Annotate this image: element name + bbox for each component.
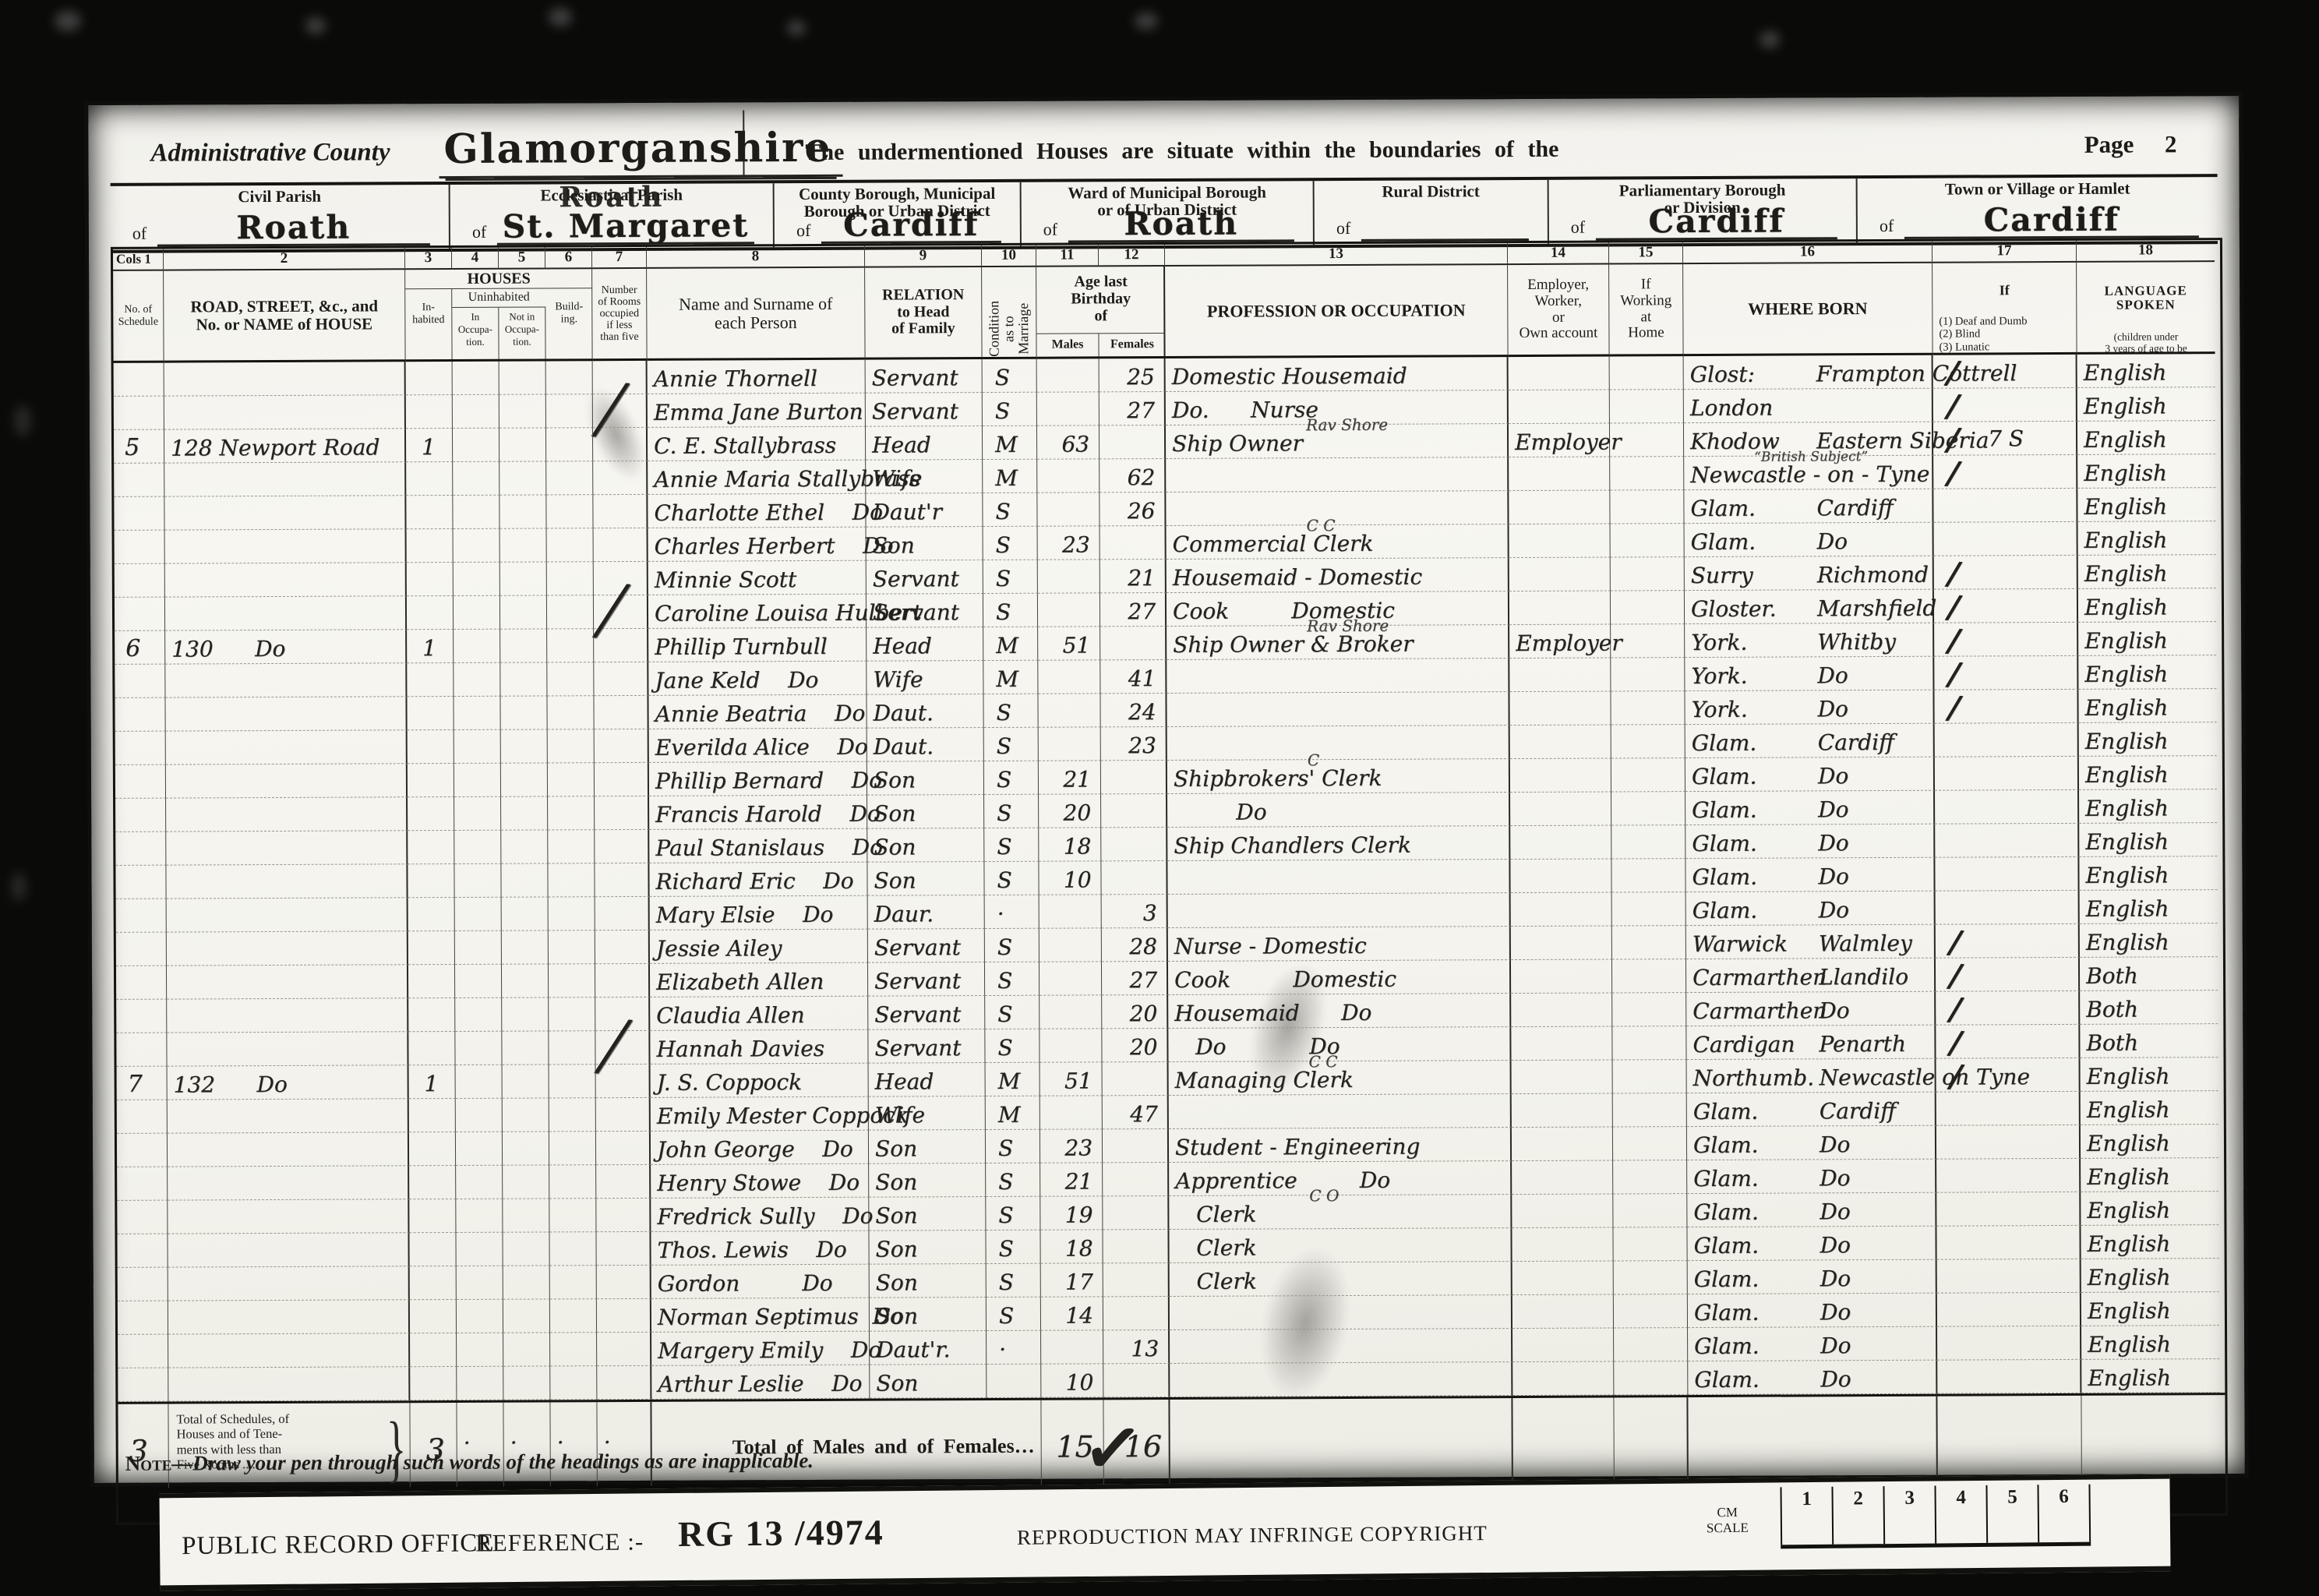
cell-uninhabited-occupied xyxy=(456,1199,503,1233)
column-number: 4 xyxy=(452,248,499,270)
cell-inhabited xyxy=(407,663,454,697)
district-county-borough: County Borough, Municipal Borough or Urb… xyxy=(775,182,1022,247)
cell-where-born: KhodowEastern Siberia“British Subject” xyxy=(1684,422,1933,457)
cell-working-at-home xyxy=(1611,624,1685,658)
cell-employer xyxy=(1512,1161,1613,1195)
district-town-or-village: Town or Village or HamletofCardiff xyxy=(1858,177,2218,242)
cell-inhabited xyxy=(408,730,454,764)
cell-age-male xyxy=(1039,928,1102,962)
film-artifact xyxy=(305,17,326,34)
cell-age-male xyxy=(1037,392,1099,425)
cell-address xyxy=(165,596,407,630)
cell-employer: Employer xyxy=(1509,625,1611,659)
cell-rooms xyxy=(596,1098,651,1132)
cell-age-female xyxy=(1103,1129,1169,1163)
cell-employer xyxy=(1509,357,1610,391)
cell-inhabited xyxy=(408,864,454,898)
cell-employer xyxy=(1509,491,1610,525)
age-title: Age last Birthday of xyxy=(1036,267,1165,334)
scale-cm-mark: 4 xyxy=(1934,1485,1986,1544)
cell-building xyxy=(546,428,593,461)
cell-age-male: 23 xyxy=(1038,526,1100,560)
cell-uninhabited-occupied xyxy=(457,1333,503,1367)
cell-employer xyxy=(1512,1295,1614,1329)
cell-age-male xyxy=(1038,593,1100,627)
cell-age-male: 10 xyxy=(1041,1364,1103,1397)
district-civil-parish: Civil ParishofRoath xyxy=(111,185,450,250)
district-rural-district: Rural Districtof xyxy=(1315,180,1549,245)
cell-working-at-home xyxy=(1612,1026,1686,1060)
cell-where-born: Glam.Do xyxy=(1687,1160,1936,1194)
cell-where-born: Glam.Do xyxy=(1685,523,1934,557)
reference-number: RG 13 /4974 xyxy=(678,1511,884,1555)
admin-county-label: Administrative County xyxy=(150,138,390,168)
cell-working-at-home xyxy=(1612,959,1686,993)
of-label: of xyxy=(132,224,146,244)
cell-relation: Servant xyxy=(868,929,985,963)
cell-age-female xyxy=(1100,526,1167,560)
col-header-age-group: Age last Birthday of Males Females xyxy=(1036,267,1166,359)
cell-condition: S xyxy=(987,1298,1041,1331)
cell-infirmity xyxy=(1935,723,2079,757)
col-header-name: Name and Surname of each Person xyxy=(647,268,866,361)
cell-schedule xyxy=(117,1134,168,1167)
cell-condition: M xyxy=(983,460,1037,493)
houses-title: HOUSES xyxy=(405,269,592,289)
cell-condition: S xyxy=(986,1231,1040,1264)
cell-schedule: 7 xyxy=(117,1067,168,1100)
cell-address xyxy=(166,831,408,865)
cell-age-female: 41 xyxy=(1100,660,1167,694)
cell-age-female: 3 xyxy=(1102,895,1168,928)
cell-profession: Cook Domestic xyxy=(1168,960,1511,995)
cell-name: Gordon Do xyxy=(651,1265,870,1299)
cell-address xyxy=(165,563,407,597)
cell-infirmity xyxy=(1937,1259,2081,1294)
cell-uninhabited-not xyxy=(500,696,547,729)
cell-building xyxy=(549,1232,596,1266)
col-header-condition: Condition as to Marriage xyxy=(982,267,1037,359)
cell-rooms xyxy=(593,461,648,495)
cell-employer xyxy=(1510,793,1611,827)
cell-address xyxy=(167,898,408,932)
cell-where-born: Glost:Frampton Cottrell xyxy=(1684,355,1933,390)
cell-profession: ClerkC O xyxy=(1169,1195,1512,1230)
cell-profession xyxy=(1170,1362,1512,1397)
cell-language: English xyxy=(2081,1292,2219,1326)
infirmity-list: (1) Deaf and Dumb (2) Blind (3) Lunatic … xyxy=(1932,315,2076,355)
cell-language: English xyxy=(2080,890,2218,924)
cell-uninhabited-not xyxy=(500,562,547,595)
cell-inhabited xyxy=(407,697,454,730)
cell-name: Emily Mester Coppock xyxy=(651,1097,869,1132)
cell-rooms xyxy=(593,495,648,528)
cell-name: Annie Thornell xyxy=(648,360,866,394)
uninhabited-title: Uninhabited xyxy=(452,288,545,308)
scale-cm-mark: 5 xyxy=(1985,1485,2038,1543)
admin-county-box: Administrative County Glamorganshire xyxy=(127,110,744,178)
census-sheet: Administrative County Glamorganshire The… xyxy=(84,92,2249,1487)
cell-schedule xyxy=(117,1100,168,1134)
footer-strip: PUBLIC RECORD OFFICE REFERENCE :- RG 13 … xyxy=(159,1474,2170,1591)
cell-uninhabited-not xyxy=(502,897,549,930)
cell-rooms: ╱ xyxy=(593,394,648,428)
cell-infirmity: / xyxy=(1934,656,2078,690)
cell-profession: Nurse - Domestic xyxy=(1168,927,1511,962)
cell-age-female: 13 xyxy=(1103,1330,1170,1364)
cell-rooms xyxy=(596,1199,651,1232)
totals-empty-15 xyxy=(1614,1397,1688,1481)
cell-condition: M xyxy=(983,627,1038,661)
cell-age-male xyxy=(1039,995,1102,1029)
cell-profession xyxy=(1167,692,1509,727)
cell-condition: M xyxy=(983,426,1037,460)
cell-language: English xyxy=(2081,1326,2219,1360)
cell-condition: S xyxy=(984,795,1039,828)
cell-address xyxy=(168,1166,409,1200)
cell-age-male xyxy=(1038,660,1100,694)
cell-language: English xyxy=(2079,823,2217,857)
cell-employer xyxy=(1512,1128,1613,1162)
cell-infirmity xyxy=(1936,891,2080,925)
cell-uninhabited-not xyxy=(501,729,548,763)
cell-working-at-home xyxy=(1613,1093,1687,1127)
film-artifact xyxy=(1135,12,1158,30)
cell-working-at-home xyxy=(1613,1127,1687,1160)
column-number: 9 xyxy=(865,245,982,268)
cell-uninhabited-occupied xyxy=(456,1099,503,1132)
cell-inhabited: 1 xyxy=(406,429,453,462)
column-headers-row: No. of Schedule ROAD, STREET, &c., and N… xyxy=(113,262,2220,363)
col-header-profession: PROFESSION OR OCCUPATION xyxy=(1165,265,1509,358)
cell-age-female xyxy=(1103,1196,1169,1230)
cell-uninhabited-occupied xyxy=(455,898,502,931)
cell-profession: Clerk xyxy=(1170,1262,1512,1297)
film-artifact xyxy=(55,11,81,31)
cell-relation: Wife xyxy=(866,460,983,494)
cell-address xyxy=(166,797,408,832)
cell-language: English xyxy=(2078,521,2216,556)
cell-building xyxy=(547,595,594,629)
cell-address xyxy=(165,529,407,563)
film-artifact xyxy=(11,873,26,901)
cell-profession: Domestic Housemaid xyxy=(1166,357,1509,392)
cell-working-at-home xyxy=(1613,1060,1687,1093)
cell-inhabited xyxy=(409,1166,456,1199)
cell-condition: S xyxy=(983,594,1038,627)
cell-name: Jessie Ailey xyxy=(650,930,868,964)
cell-profession: Ship Owner & BrokerRav Shore xyxy=(1167,625,1509,660)
cell-profession xyxy=(1167,726,1510,761)
cell-profession xyxy=(1170,1329,1512,1364)
cell-relation: Daur. xyxy=(868,895,985,930)
cell-age-female xyxy=(1103,1230,1169,1263)
cell-inhabited xyxy=(408,931,455,965)
cell-rooms xyxy=(596,1132,651,1165)
cell-employer xyxy=(1512,1094,1613,1128)
cell-uninhabited-not xyxy=(499,495,546,528)
cell-age-female xyxy=(1101,828,1167,861)
cell-uninhabited-occupied xyxy=(454,764,501,797)
cell-schedule xyxy=(115,732,166,765)
cell-age-female: 27 xyxy=(1102,962,1168,995)
cell-name: John George Do xyxy=(651,1131,869,1165)
admin-county-value: Glamorganshire xyxy=(439,124,842,178)
cell-language: Both xyxy=(2080,957,2218,991)
cell-working-at-home xyxy=(1611,725,1685,758)
cell-working-at-home xyxy=(1611,758,1685,792)
cell-infirmity xyxy=(1936,1125,2081,1160)
cell-address xyxy=(167,931,408,966)
cell-condition: M xyxy=(986,1063,1040,1096)
cell-name: Emma Jane Burton xyxy=(648,394,866,428)
cell-employer xyxy=(1512,1329,1614,1363)
cell-relation: Head xyxy=(866,426,983,461)
cell-infirmity xyxy=(1936,1159,2081,1193)
cell-inhabited xyxy=(408,797,454,831)
cell-condition xyxy=(987,1365,1041,1398)
cell-language: English xyxy=(2080,923,2218,958)
cell-uninhabited-not xyxy=(503,1199,549,1232)
cell-condition: S xyxy=(984,862,1039,895)
cell-infirmity: / xyxy=(1933,455,2077,489)
cell-language: English xyxy=(2079,789,2217,824)
cell-uninhabited-occupied xyxy=(456,1166,503,1199)
cell-building xyxy=(546,394,593,428)
cell-where-born: York.Whitby xyxy=(1685,623,1934,658)
cell-schedule xyxy=(115,698,165,732)
cell-employer xyxy=(1510,759,1611,793)
cell-name: Margery Emily Do xyxy=(651,1332,870,1366)
cell-relation: Son xyxy=(869,1130,986,1164)
cell-where-born: Glam.Do xyxy=(1687,1193,1936,1227)
cell-infirmity: / xyxy=(1936,924,2080,959)
cell-name: Annie Beatria Do xyxy=(648,695,867,729)
cell-building xyxy=(549,997,595,1031)
cell-relation: Head xyxy=(867,627,983,662)
cell-infirmity xyxy=(1935,790,2079,824)
cell-uninhabited-occupied xyxy=(455,931,502,965)
cell-condition: S xyxy=(984,728,1039,761)
col-header-building: Build- ing. xyxy=(545,288,592,358)
col-header-where-born: WHERE BORN xyxy=(1683,263,1933,356)
cell-name: Minnie Scott xyxy=(648,561,867,595)
cell-working-at-home xyxy=(1612,892,1686,926)
cell-rooms xyxy=(594,662,648,696)
col-header-infirmity: If (1) Deaf and Dumb (2) Blind (3) Lunat… xyxy=(1932,263,2077,355)
cell-language: English xyxy=(2079,756,2217,790)
cell-schedule xyxy=(117,1167,168,1201)
undermentioned-text: The undermentioned Houses are situate wi… xyxy=(805,136,1558,166)
cell-age-male: 20 xyxy=(1039,794,1101,828)
cell-age-female xyxy=(1099,425,1166,459)
cell-address xyxy=(168,1300,410,1334)
cell-address xyxy=(164,496,406,530)
district-value-line: St. Margaret xyxy=(497,210,754,245)
cell-uninhabited-occupied xyxy=(455,965,502,998)
cell-building xyxy=(548,863,595,897)
cell-working-at-home xyxy=(1612,926,1686,959)
of-label: of xyxy=(1571,217,1585,238)
col-header-males: Males xyxy=(1036,333,1099,356)
cell-age-male xyxy=(1040,1096,1103,1129)
cell-working-at-home xyxy=(1611,557,1685,591)
cell-language: English xyxy=(2077,421,2215,455)
cell-inhabited xyxy=(407,563,454,596)
cell-condition: S xyxy=(983,694,1038,728)
district-value: Cardiff xyxy=(1648,203,1784,241)
cell-uninhabited-not xyxy=(502,930,549,964)
note-line: Note—Draw your pen through such words of… xyxy=(125,1449,814,1476)
cell-age-female: 24 xyxy=(1100,694,1167,727)
cell-uninhabited-occupied xyxy=(454,730,501,764)
scale-cm-mark: 3 xyxy=(1883,1486,1935,1545)
cell-schedule xyxy=(115,799,166,832)
cell-building xyxy=(548,796,595,830)
totals-empty-17 xyxy=(1937,1396,2081,1481)
cell-infirmity: / xyxy=(1933,355,2077,389)
cell-address xyxy=(164,395,406,429)
film-artifact xyxy=(14,405,31,436)
note-text: —Draw your pen through such words of the… xyxy=(171,1449,814,1475)
cell-building xyxy=(549,1199,596,1232)
census-table: Cols 123456789101112131415161718 No. of … xyxy=(111,238,2228,1525)
cell-infirmity: / xyxy=(1936,1025,2080,1059)
cell-relation: Servant xyxy=(868,996,985,1030)
cell-name: Richard Eric Do xyxy=(649,863,867,897)
cell-condition: · xyxy=(985,895,1039,929)
cell-rooms xyxy=(594,629,648,662)
cell-where-born: Glam.Do xyxy=(1688,1361,1937,1395)
cell-age-male: 10 xyxy=(1039,861,1101,895)
cell-employer xyxy=(1512,1228,1613,1262)
cell-inhabited xyxy=(408,898,455,931)
language-title: LANGUAGE SPOKEN xyxy=(2077,284,2215,312)
cell-rooms xyxy=(597,1266,651,1299)
cell-rooms: ╱ xyxy=(595,1031,650,1065)
cell-building xyxy=(547,562,594,595)
cell-relation: Son xyxy=(867,795,984,829)
cell-infirmity: / xyxy=(1936,1058,2081,1093)
cell-schedule xyxy=(116,933,167,966)
cell-rooms xyxy=(595,930,650,964)
cell-age-male xyxy=(1038,694,1100,727)
cell-infirmity: / xyxy=(1934,690,2078,724)
cell-schedule xyxy=(118,1301,168,1335)
cell-inhabited xyxy=(408,831,454,864)
cell-employer xyxy=(1511,994,1612,1028)
cell-schedule xyxy=(118,1268,168,1301)
film-artifact xyxy=(1760,31,1780,48)
cell-building xyxy=(547,629,594,662)
cell-profession: Student - Engineering xyxy=(1169,1128,1512,1163)
scale-cm-mark: 2 xyxy=(1831,1486,1883,1545)
cell-age-female: 20 xyxy=(1102,995,1168,1029)
cell-relation: Servant xyxy=(866,359,983,394)
scale-cm-mark: 1 xyxy=(1780,1487,1832,1545)
cell-profession: Ship Chandlers Clerk xyxy=(1167,826,1510,861)
cell-profession: Commercial ClerkC C xyxy=(1167,524,1509,560)
cell-uninhabited-not xyxy=(501,830,548,863)
cell-age-female xyxy=(1101,761,1167,794)
cell-age-male: 51 xyxy=(1038,627,1100,660)
cell-schedule xyxy=(116,1033,167,1067)
brace-glyph: } xyxy=(386,1404,407,1491)
cell-age-female: 21 xyxy=(1100,560,1167,593)
cell-uninhabited-occupied xyxy=(454,697,500,730)
cell-relation: Head xyxy=(869,1063,986,1097)
cell-uninhabited-not xyxy=(503,1232,549,1266)
cell-relation: Servant xyxy=(868,1029,985,1064)
cell-address xyxy=(166,764,408,798)
column-number: 18 xyxy=(2077,240,2215,263)
cell-name: Charlotte Ethel Do xyxy=(648,494,866,528)
cell-inhabited xyxy=(409,1132,456,1166)
cell-building xyxy=(549,1132,596,1165)
cell-condition: S xyxy=(985,962,1039,996)
cell-address xyxy=(166,730,408,764)
cell-working-at-home xyxy=(1610,490,1684,524)
cell-profession xyxy=(1168,893,1511,928)
cell-age-male: 14 xyxy=(1041,1297,1103,1330)
cell-uninhabited-not xyxy=(503,1333,550,1366)
cell-name: Fredrick Sully Do xyxy=(651,1198,869,1232)
cell-uninhabited-occupied xyxy=(454,563,500,596)
cell-inhabited xyxy=(406,362,453,395)
column-number: 2 xyxy=(164,248,405,270)
cell-profession xyxy=(1166,491,1509,526)
cell-building xyxy=(550,1299,597,1333)
cell-language: English xyxy=(2078,555,2216,589)
cell-address xyxy=(164,362,406,396)
cell-building xyxy=(549,1065,596,1098)
cell-language: English xyxy=(2077,387,2215,422)
cell-uninhabited-not xyxy=(500,528,547,562)
cell-address: 132 Do xyxy=(168,1065,409,1100)
cell-profession xyxy=(1170,1295,1512,1330)
cell-inhabited xyxy=(409,1199,456,1233)
cell-infirmity: / xyxy=(1934,556,2078,590)
cell-schedule xyxy=(115,765,166,799)
cell-building xyxy=(549,1031,595,1065)
cell-working-at-home xyxy=(1614,1328,1688,1361)
totals-empty-16 xyxy=(1688,1396,1937,1481)
cell-relation: Son xyxy=(867,828,984,863)
cell-address xyxy=(168,1367,410,1401)
cell-working-at-home xyxy=(1610,356,1684,390)
cell-age-female xyxy=(1103,1062,1169,1096)
cell-employer xyxy=(1512,1262,1614,1296)
cell-uninhabited-occupied xyxy=(457,1367,503,1400)
cell-building xyxy=(549,897,595,930)
cell-building xyxy=(549,1098,596,1132)
cell-relation: Daut'r xyxy=(866,493,983,528)
cell-uninhabited-occupied xyxy=(454,864,501,898)
cell-infirmity: / xyxy=(1936,958,2080,992)
cell-rooms xyxy=(596,1232,651,1266)
cell-working-at-home xyxy=(1613,1194,1687,1227)
cell-where-born: Glam.Do xyxy=(1688,1294,1937,1328)
cell-employer: Employer xyxy=(1509,424,1610,458)
cell-building xyxy=(546,495,593,528)
col-header-not-in-occupation: Not in Occupa- tion. xyxy=(499,307,545,358)
cell-relation: Servant xyxy=(867,594,983,628)
column-number: 5 xyxy=(499,247,545,269)
cell-rooms xyxy=(596,1165,651,1199)
cell-age-male: 21 xyxy=(1039,761,1101,794)
cell-where-born: CarmarthenDo xyxy=(1686,992,1936,1026)
cell-language: English xyxy=(2081,1091,2218,1125)
